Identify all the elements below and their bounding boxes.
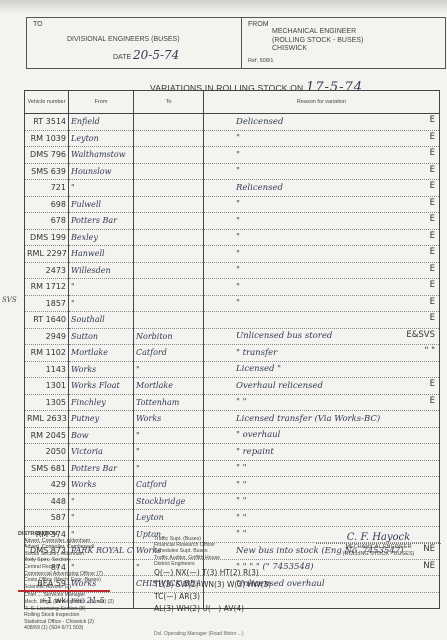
to-depot — [134, 312, 204, 329]
table-header-row: Vehicle number From To Reason for variat… — [25, 91, 440, 114]
variation-code: E — [430, 181, 435, 191]
distribution-item: Chief ... Services Manager — [18, 592, 114, 599]
distribution-item: R. S. Licensing Section (8) — [18, 606, 114, 613]
signature-block: C. F. Hayock MECHANICAL ENGINEER (ROLLIN… — [316, 532, 441, 558]
reason-text: " — [206, 265, 240, 275]
reason-cell: "E — [204, 262, 440, 279]
to-box: TO DIVISIONAL ENGINEERS (BUSES) DATE 20-… — [27, 18, 242, 68]
to-depot — [134, 180, 204, 197]
to-depot: Works — [134, 411, 204, 428]
reason-cell: " "E — [204, 394, 440, 411]
vehicle-number: 1301 — [25, 378, 69, 395]
garage-code-line: Q(—) NX(—) T(3) HT(2) R(3) — [154, 567, 271, 579]
from-depot: Finchley — [69, 394, 134, 411]
reason-text: " — [206, 133, 240, 143]
vehicle-number: RM 1039 — [25, 130, 69, 147]
to-depot: Mortlake — [134, 378, 204, 395]
variation-code: NE — [423, 561, 435, 571]
to-depot — [134, 262, 204, 279]
reason-text: " " — [206, 463, 247, 473]
table-row: RML 2297Hanwell"E — [25, 246, 440, 263]
distribution-footer: Dvl. Operating Manager (Road Motor ...) — [154, 631, 243, 637]
variation-code: " " — [424, 346, 435, 356]
reason-text: " " — [206, 496, 247, 506]
from-depot: Putney — [69, 411, 134, 428]
from-depot: Bow — [69, 427, 134, 444]
variation-code: E — [430, 132, 435, 142]
from-depot: " — [69, 510, 134, 527]
distribution-item: 408/69 (1) (S04 6/71 503) — [18, 625, 114, 632]
variation-code: E — [430, 313, 435, 323]
reason-text: Unlicensed bus stored — [206, 331, 332, 341]
from-depot: Hounslow — [69, 163, 134, 180]
reason-text: " — [206, 232, 240, 242]
garage-codes: Q(—) NX(—) T(3) HT(2) R(3)TL(3) SW(2) WN… — [154, 567, 271, 615]
reason-text: Delicensed — [206, 117, 283, 127]
vehicle-number: 1143 — [25, 361, 69, 378]
from-depot: Southall — [69, 312, 134, 329]
vehicle-number: 2473 — [25, 262, 69, 279]
from-depot: Potters Bar — [69, 460, 134, 477]
from-line-3: CHISWICK — [272, 45, 307, 52]
vehicle-number: 1857 — [25, 295, 69, 312]
vehicle-number: 698 — [25, 196, 69, 213]
to-depot: Tottenham — [134, 394, 204, 411]
distribution-list-right: Traffic Supt. (Buses)Financial Research … — [154, 536, 220, 567]
to-depot: " — [134, 444, 204, 461]
table-row: RT 1640SouthallE — [25, 312, 440, 329]
from-depot: " — [69, 493, 134, 510]
from-depot: Willesden — [69, 262, 134, 279]
from-depot: Sutton — [69, 328, 134, 345]
distribution-item: Advert. Controller, Camberwell — [18, 544, 114, 551]
table-row: DMS 199Bexley"E — [25, 229, 440, 246]
table-row: 1857""E — [25, 295, 440, 312]
table-row: SMS 639Hounslow"E — [25, 163, 440, 180]
variation-code: E — [430, 231, 435, 241]
distribution-list: DISTRIBUTION Advert. Controller, Aldenha… — [18, 531, 114, 632]
vehicle-number: 429 — [25, 477, 69, 494]
reason-text — [206, 315, 236, 325]
table-row: 2050Victoria"" repaint — [25, 444, 440, 461]
col-vehicle-number: Vehicle number — [25, 91, 69, 114]
to-depot: " — [134, 427, 204, 444]
vehicle-number: RT 3514 — [25, 114, 69, 131]
reason-cell: "E — [204, 295, 440, 312]
reason-text: " " — [206, 397, 247, 407]
variation-code: E — [430, 297, 435, 307]
memo-header: TO DIVISIONAL ENGINEERS (BUSES) DATE 20-… — [26, 17, 446, 69]
reason-text: " — [206, 150, 240, 160]
to-depot — [134, 196, 204, 213]
to-label: TO — [33, 21, 43, 28]
vehicle-number: RT 1640 — [25, 312, 69, 329]
table-row: 1301Works FloatMortlakeOverhaul relicens… — [25, 378, 440, 395]
table-row: RM 1102MortlakeCatford" transfer" " — [25, 345, 440, 362]
reason-text: " — [206, 216, 240, 226]
variation-code: E — [430, 165, 435, 175]
vehicle-number: 2949 — [25, 328, 69, 345]
to-depot — [134, 295, 204, 312]
reason-cell: E — [204, 312, 440, 329]
distribution-item: Traffic Auditor, Griffith House — [154, 555, 220, 561]
signature-title-1: MECHANICAL ENGINEER — [316, 544, 441, 551]
vehicle-number: DMS 796 — [25, 147, 69, 164]
distribution-item: Blocks Section, Aldenham — [18, 551, 114, 558]
from-box: FROM MECHANICAL ENGINEER (ROLLING STOCK … — [242, 18, 445, 68]
reason-cell: "E — [204, 147, 440, 164]
signature: C. F. Hayock — [316, 532, 441, 544]
vehicle-number: DMS 199 — [25, 229, 69, 246]
to-depot — [134, 246, 204, 263]
reason-cell: DelicensedE — [204, 114, 440, 131]
vehicle-number: 587 — [25, 510, 69, 527]
from-depot: " — [69, 180, 134, 197]
distribution-item: Commercial Advertising Officer (7) — [18, 571, 114, 578]
vehicle-number: 2050 — [25, 444, 69, 461]
distribution-item: Body Spec. Section, — [18, 557, 114, 564]
to-depot — [134, 147, 204, 164]
vehicle-number: RML 2633 — [25, 411, 69, 428]
reason-cell: Overhaul relicensedE — [204, 378, 440, 395]
variation-code: E — [430, 115, 435, 125]
reason-cell: Licensed transfer (Via Works-BC) — [204, 411, 440, 428]
reason-cell: " " — [204, 493, 440, 510]
from-depot: Works Float — [69, 378, 134, 395]
table-row: SMS 681Potters Bar"" " — [25, 460, 440, 477]
signature-title-2: (ROLLING STOCK - BUSES) — [316, 551, 441, 558]
vehicle-number: SMS 681 — [25, 460, 69, 477]
distribution-item: Mech. Engr. (Development - Buses) (2) — [18, 599, 114, 606]
reason-cell: RelicensedE — [204, 180, 440, 197]
from-depot: Leyton — [69, 130, 134, 147]
from-depot: Enfield — [69, 114, 134, 131]
distribution-item: Central Record — [18, 564, 114, 571]
table-row: 678Potters Bar"E — [25, 213, 440, 230]
table-row: RT 3514EnfieldDelicensedE — [25, 114, 440, 131]
table-row: RM 2045Bow"" overhaul — [25, 427, 440, 444]
table-row: 1305FinchleyTottenham" "E — [25, 394, 440, 411]
table-row: RML 2633PutneyWorksLicensed transfer (Vi… — [25, 411, 440, 428]
from-depot: Mortlake — [69, 345, 134, 362]
to-depot: " — [134, 460, 204, 477]
col-reason: Reason for variation — [204, 91, 440, 114]
distribution-item: Rolling Stock Inspection — [18, 612, 114, 619]
vehicle-number: SMS 639 — [25, 163, 69, 180]
to-depot — [134, 130, 204, 147]
table-row: DMS 796Walthamstow"E — [25, 147, 440, 164]
to-depot — [134, 229, 204, 246]
distribution-item: Statistical Office - Chiswick (2) — [18, 619, 114, 626]
reason-text: " — [206, 166, 240, 176]
reason-cell: " " — [204, 510, 440, 527]
distribution-item: Scientific Adviser (2) — [18, 584, 110, 593]
from-depot: Potters Bar — [69, 213, 134, 230]
reason-cell: "E — [204, 196, 440, 213]
reason-text: " repaint — [206, 447, 274, 457]
to-depot: Stockbridge — [134, 493, 204, 510]
ref-number: Ref. 508/1 — [248, 58, 273, 64]
reason-text: " overhaul — [206, 430, 280, 440]
to-depot — [134, 114, 204, 131]
reason-text: " " — [206, 513, 247, 523]
reason-text: " — [206, 282, 240, 292]
from-depot: Walthamstow — [69, 147, 134, 164]
table-row: 1143Works"Licensed " — [25, 361, 440, 378]
from-depot: Bexley — [69, 229, 134, 246]
reason-text: " — [206, 199, 240, 209]
to-depot: Leyton — [134, 510, 204, 527]
vehicle-number: 1305 — [25, 394, 69, 411]
to-depot: Norbiton — [134, 328, 204, 345]
variation-code: E — [430, 214, 435, 224]
reason-cell: "E — [204, 213, 440, 230]
to-depot — [134, 163, 204, 180]
from-depot: Hanwell — [69, 246, 134, 263]
from-depot: Works — [69, 477, 134, 494]
col-from: From — [69, 91, 134, 114]
variation-code: E — [430, 148, 435, 158]
from-line-1: MECHANICAL ENGINEER — [272, 28, 356, 35]
date-label: DATE — [113, 54, 131, 61]
vehicle-number: 678 — [25, 213, 69, 230]
table-row: 429WorksCatford" " — [25, 477, 440, 494]
reason-text: " transfer — [206, 348, 277, 358]
reason-text: Overhaul relicensed — [206, 381, 323, 391]
table-row: 2949SuttonNorbitonUnlicensed bus storedE… — [25, 328, 440, 345]
from-depot: Victoria — [69, 444, 134, 461]
distribution-item: Advert. Controller, Aldenham — [18, 538, 114, 545]
variation-code: E — [430, 198, 435, 208]
table-row: 448"Stockbridge" " — [25, 493, 440, 510]
reason-cell: "E — [204, 130, 440, 147]
reason-text: " " — [206, 480, 247, 490]
reason-text: Licensed " — [206, 364, 281, 374]
from-line-2: (ROLLING STOCK - BUSES) — [272, 37, 363, 44]
variation-code: E&SVS — [406, 330, 435, 340]
reason-cell: " transfer" " — [204, 345, 440, 362]
vehicle-number: 721 — [25, 180, 69, 197]
vehicle-number: RM 1712 — [25, 279, 69, 296]
scan-shadow — [0, 0, 447, 14]
variation-code: E — [430, 264, 435, 274]
reason-cell: " overhaul — [204, 427, 440, 444]
from-label: FROM — [248, 21, 269, 28]
table-row: 721"RelicensedE — [25, 180, 440, 197]
reason-text: Licensed transfer (Via Works-BC) — [206, 414, 380, 424]
reason-text: Relicensed — [206, 183, 283, 193]
table-row: RM 1039Leyton"E — [25, 130, 440, 147]
date-value: 20-5-74 — [133, 48, 179, 62]
to-depot — [134, 279, 204, 296]
variation-code: E — [430, 379, 435, 389]
table-row: 698Fulwell"E — [25, 196, 440, 213]
to-depot: Catford — [134, 345, 204, 362]
reason-text: " — [206, 298, 240, 308]
table-row: 2473Willesden"E — [25, 262, 440, 279]
from-depot: Works — [69, 361, 134, 378]
vehicle-number: RM 2045 — [25, 427, 69, 444]
col-to: To — [134, 91, 204, 114]
reason-cell: "E — [204, 279, 440, 296]
reason-cell: " repaint — [204, 444, 440, 461]
variation-code: E — [430, 247, 435, 257]
reason-text: " — [206, 249, 240, 259]
distribution-item: Costs Office (Mech. Engr.-Buses) — [18, 577, 114, 584]
vehicle-number: RML 2297 — [25, 246, 69, 263]
from-depot: " — [69, 279, 134, 296]
from-depot: Fulwell — [69, 196, 134, 213]
to-value: DIVISIONAL ENGINEERS (BUSES) — [67, 36, 180, 43]
table-row: 587"Leyton" " — [25, 510, 440, 527]
reason-cell: " " — [204, 477, 440, 494]
variation-code: E — [430, 280, 435, 290]
garage-code-line: TC(—) AR(3) — [154, 591, 271, 603]
variation-code: E — [430, 396, 435, 406]
reason-cell: Unlicensed bus storedE&SVS — [204, 328, 440, 345]
vehicle-number: 448 — [25, 493, 69, 510]
reason-cell: "E — [204, 246, 440, 263]
margin-note: SVS — [2, 296, 17, 304]
to-depot: Catford — [134, 477, 204, 494]
reason-cell: " " — [204, 460, 440, 477]
to-depot — [134, 213, 204, 230]
to-depot: " — [134, 361, 204, 378]
distribution-heading: DISTRIBUTION — [18, 531, 114, 538]
garage-code-line: TL(3) SW(2) WN(3) W(3) HW(3) — [154, 579, 271, 591]
vehicle-number: RM 1102 — [25, 345, 69, 362]
table-row: RM 1712""E — [25, 279, 440, 296]
reason-cell: "E — [204, 229, 440, 246]
from-depot: " — [69, 295, 134, 312]
reason-cell: Licensed " — [204, 361, 440, 378]
reason-cell: "E — [204, 163, 440, 180]
garage-code-line: AL(3) WH(2) U(—) AV(4) — [154, 603, 271, 615]
